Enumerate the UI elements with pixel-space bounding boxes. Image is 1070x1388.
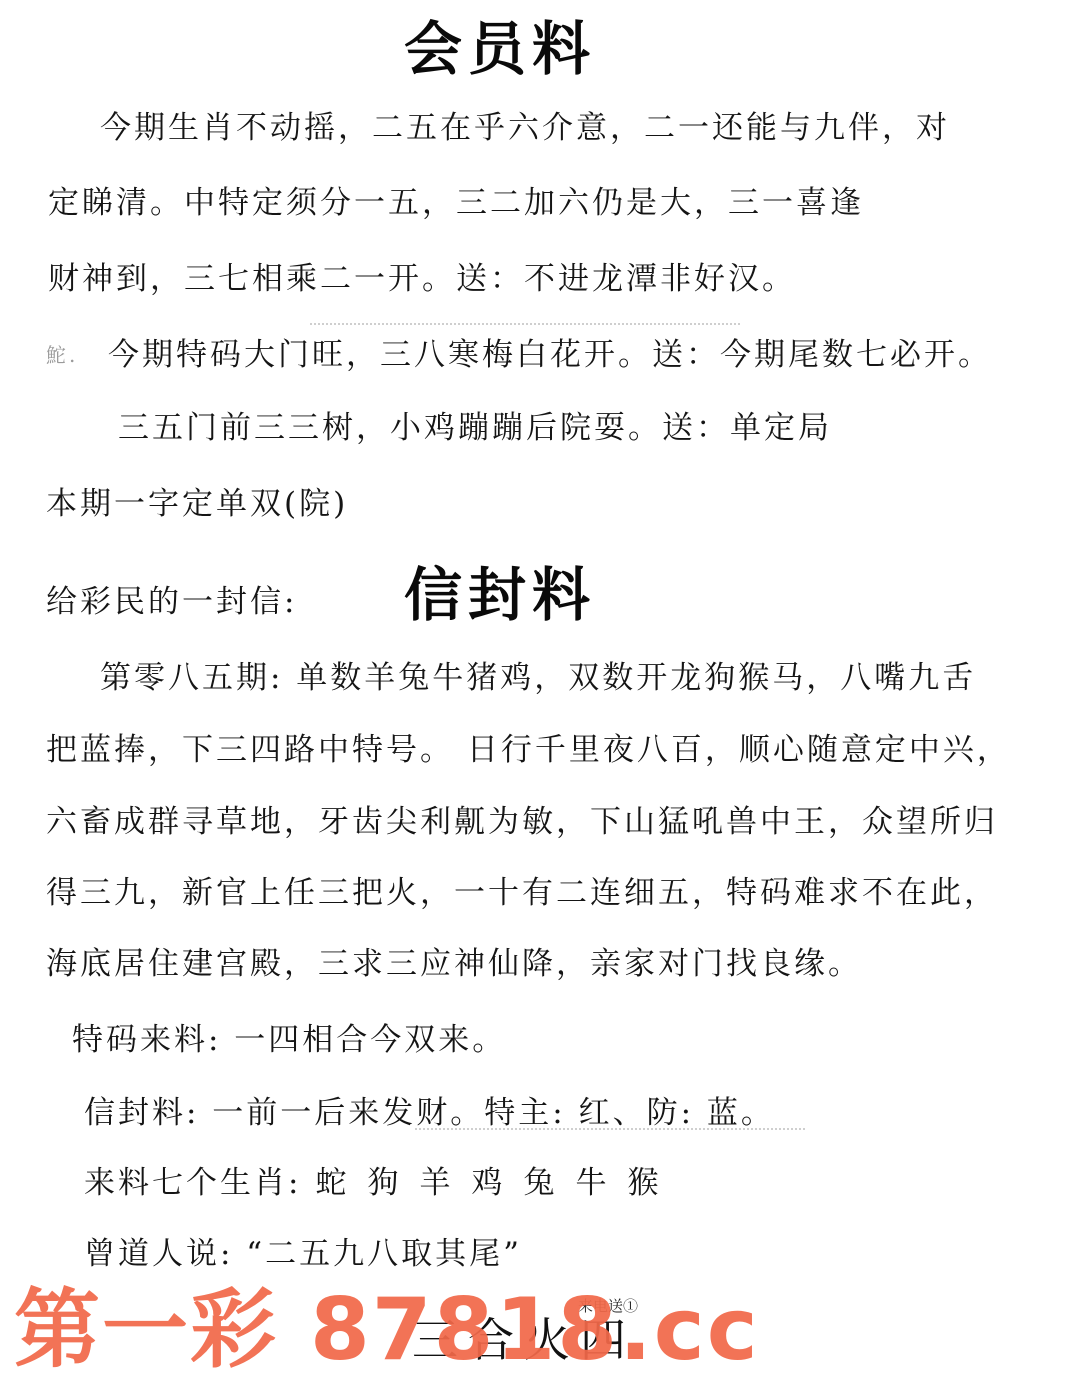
bottom-phrase: 三合火四: [412, 1312, 636, 1368]
member-line-4: 今期特码大门旺，三八寒梅白花开。送：今期尾数七必开。: [108, 335, 992, 375]
member-line-4-prefix: 鮀.: [46, 335, 78, 375]
envelope-line-4: 得三九，新官上任三把火，一十有二连细五，特码难求不在此，: [46, 873, 998, 913]
member-line-1: 今期生肖不动摇，二五在乎六介意，二一还能与九伴，对: [100, 108, 950, 148]
zodiac-item: 牛: [575, 1163, 609, 1203]
envelope-line-1: 第零八五期: 单数羊兔牛猪鸡，双数开龙狗猴马，八嘴九舌: [100, 658, 976, 698]
seven-zodiacs-row: 来料七个生肖: 蛇 狗 羊 鸡 兔 牛 猴: [84, 1163, 661, 1203]
scan-noise-2: [415, 1128, 805, 1132]
zodiac-item: 鸡: [471, 1163, 505, 1203]
member-line-5: 三五门前三三树，小鸡蹦蹦后院耍。送：单定局: [118, 408, 832, 448]
member-line-3: 财神到，三七相乘二一开。送：不进龙潭非好汉。: [48, 259, 796, 299]
envelope-material-line: 信封料: 一前一后来发财。特主: 红、防: 蓝。: [84, 1093, 775, 1133]
member-line-6: 本期一字定单双(院): [46, 484, 348, 524]
document-page: 会员料 今期生肖不动摇，二五在乎六介意，二一还能与九伴，对 定睇清。中特定须分一…: [0, 0, 1070, 1388]
site-watermark: 第一彩 87818.cc: [14, 1280, 760, 1380]
envelope-intro-label: 给彩民的一封信:: [46, 582, 297, 622]
scan-noise: [310, 323, 740, 327]
envelope-section-title: 信封料: [404, 560, 596, 630]
envelope-line-2: 把蓝捧，下三四路中特号。 日行千里夜八百，顺心随意定中兴，: [46, 730, 1011, 770]
zodiac-item: 猴: [627, 1163, 661, 1203]
zodiac-item: 兔: [523, 1163, 557, 1203]
special-code-line: 特码来料: 一四相合今双来。: [72, 1020, 506, 1060]
member-line-2: 定睇清。中特定须分一五，三二加六仍是大，三一喜逢: [48, 183, 864, 223]
zodiac-item: 羊: [419, 1163, 453, 1203]
zodiac-item: 蛇: [315, 1163, 349, 1203]
seven-zodiacs-label: 来料七个生肖:: [84, 1163, 301, 1203]
envelope-line-3: 六畜成群寻草地，牙齿尖利鼿为敏，下山猛吼兽中王，众望所归: [46, 802, 998, 842]
member-section-title: 会员料: [404, 14, 596, 84]
zodiac-item: 狗: [367, 1163, 401, 1203]
envelope-line-5: 海底居住建宫殿，三求三应神仙降，亲家对门找良缘。: [46, 944, 862, 984]
daoist-saying: 曾道人说: “二五九八取其尾”: [84, 1234, 522, 1274]
